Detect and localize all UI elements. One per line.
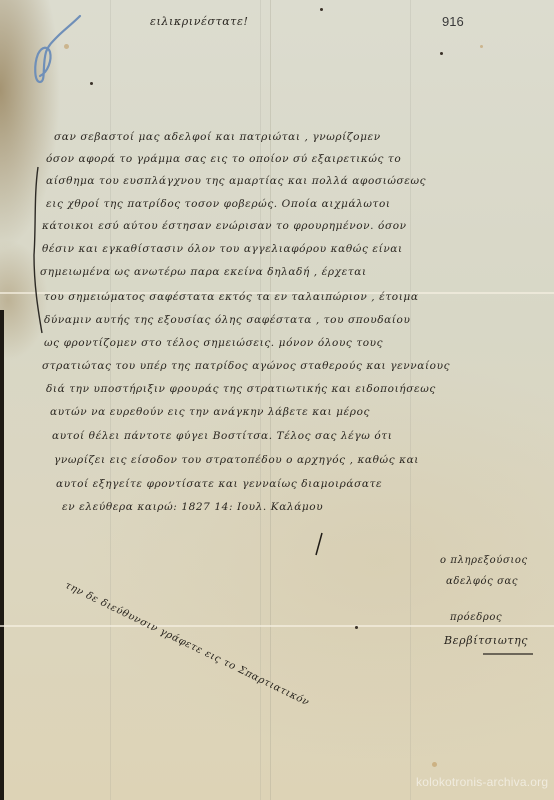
- letter-line: σημειωμένα ως ανωτέρω παρα εκείνα δηλαδή…: [40, 266, 367, 278]
- header-salutation: ειλικρινέστατε!: [150, 15, 249, 28]
- page-number: 916: [442, 14, 464, 29]
- letter-line: ως φροντίζομεν στο τέλος σημειώσεις. μόν…: [44, 337, 383, 349]
- letter-line: θέσιν και εγκαθίστασιν όλον του αγγελιαφ…: [42, 243, 403, 255]
- manuscript-page: ειλικρινέστατε! 916 σαν σεβαστοί μας αδε…: [0, 0, 554, 800]
- signature-title-line-3: πρόεδρος: [450, 612, 502, 623]
- letter-line: στρατιώτας του υπέρ της πατρίδος αγώνος …: [42, 360, 450, 372]
- archive-watermark: kolokotronis-archiva.org: [416, 775, 548, 789]
- letter-line: αίσθημα του ευσπλάγχνου της αμαρτίας και…: [46, 175, 426, 187]
- letter-line: εις χθροί της πατρίδος τοσον φοβερώς. Οπ…: [46, 198, 391, 210]
- letter-line: διά την υποστήριξιν φρουράς της στρατιωτ…: [46, 383, 436, 395]
- scan-left-edge: [0, 310, 4, 800]
- date-underline-stroke: [315, 532, 323, 556]
- signature-name: Βερβίτσιωτης: [444, 634, 528, 647]
- letter-line: σαν σεβαστοί μας αδελφοί και πατριώται ,…: [54, 131, 381, 143]
- blue-pencil-mark-icon: [24, 12, 84, 84]
- diagonal-postscript: την δε διεύθυνσιν γράφετε εις το Σπαρτια…: [63, 580, 311, 708]
- letter-line: δύναμιν αυτής της εξουσίας όλης σαφέστατ…: [44, 314, 410, 326]
- paper-laid-line: [110, 0, 111, 800]
- letter-line: αυτών να ευρεθούν εις την ανάγκην λάβετε…: [50, 406, 370, 418]
- ink-speck: [355, 626, 358, 629]
- letter-line: όσον αφορά το γράμμα σας εις το οποίον σ…: [46, 153, 401, 165]
- signature-title-line-1: ο πληρεξούσιος: [440, 555, 528, 566]
- paper-fold-horizontal: [0, 625, 554, 627]
- letter-line: γνωρίζει εις είσοδον του στρατοπέδου ο α…: [54, 454, 419, 466]
- foxing-spot: [480, 45, 483, 48]
- letter-line: εν ελεύθερα καιρώ: 1827 14: Ιουλ. Καλάμο…: [62, 501, 323, 513]
- ink-speck: [440, 52, 443, 55]
- signature-flourish: [483, 651, 533, 657]
- ink-speck: [320, 8, 323, 11]
- letter-line: αυτοί θέλει πάντοτε φύγει Βοστίτσα. Τέλο…: [52, 430, 392, 442]
- letter-line: του σημειώματος σαφέστατα εκτός τα εν τα…: [44, 291, 419, 303]
- foxing-spot: [432, 762, 437, 767]
- paper-laid-line: [410, 0, 411, 800]
- letter-line: κάτοικοι εσύ αύτου έστησαν ενώρισαν το φ…: [42, 220, 407, 232]
- ink-speck: [90, 82, 93, 85]
- letter-line: αυτοί εξηγείτε φροντίσατε και γενναίως δ…: [56, 478, 382, 490]
- signature-title-line-2: αδελφός σας: [446, 576, 518, 587]
